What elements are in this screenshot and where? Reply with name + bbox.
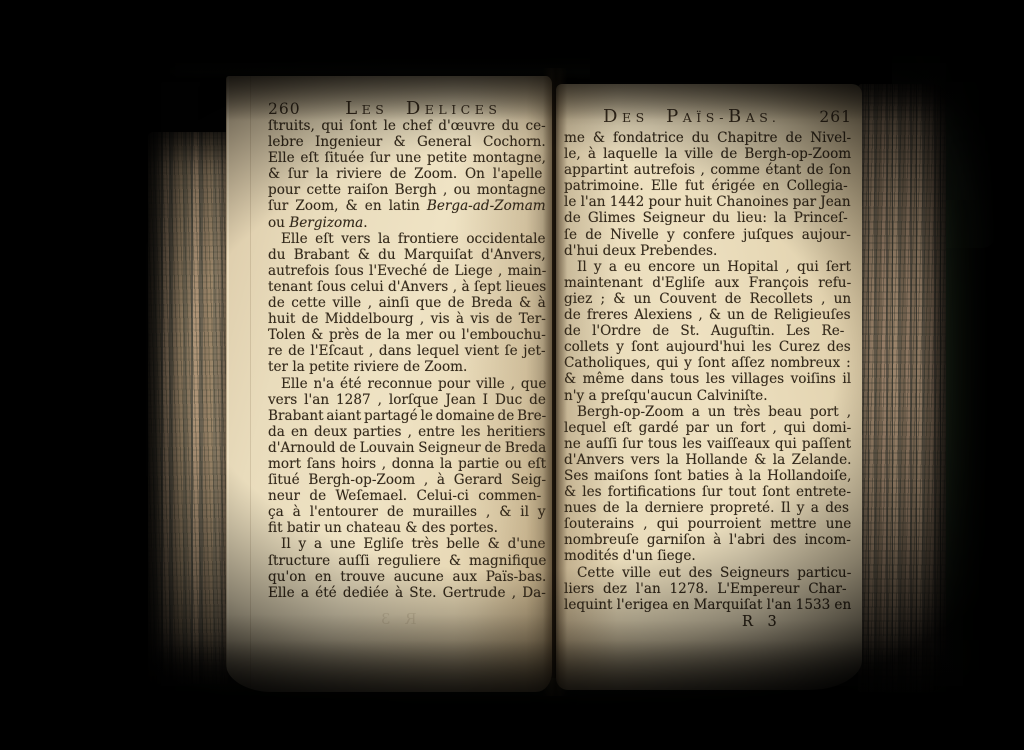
text-line: collets y ſont aujourd'hui les Curez des — [564, 339, 851, 355]
text-line: neur de Weſemael. Celui-ci commen- — [268, 488, 546, 504]
right-page-number: 261 — [819, 108, 852, 126]
left-page: 260 LES DELICES ſtruits, qui ſont le che… — [226, 76, 552, 692]
right-running-title: DES PAÏS-BAS. — [564, 106, 819, 127]
text-line: & même dans tous les villages voiſins il — [564, 371, 851, 387]
text-line: du Brabant & du Marquiſat d'Anvers, — [268, 247, 546, 263]
text-line: ſur Zoom, & en latin Berga-ad-Zomam — [268, 198, 546, 214]
book-gutter-shadow — [543, 68, 567, 696]
text-line: ſtruits, qui ſont le chef d'œuvre du ce- — [268, 118, 546, 134]
text-line: fit batir un chateau & des portes. — [268, 520, 546, 536]
text-line: Ses maiſons ſont baties à la Hollandoiſe… — [564, 468, 851, 484]
text-line: appartint autrefois , comme étant de ſon — [564, 162, 851, 178]
text-line: de l'Ordre de St. Auguſtin. Les Re- — [564, 323, 851, 339]
show-through-ghost-mark: R 3 — [376, 610, 417, 628]
left-page-number: 260 — [268, 100, 301, 118]
text-line: huit de Middelbourg , vis à vis de Ter- — [268, 311, 546, 327]
fore-edge-right-page-stack — [858, 84, 946, 692]
text-line: n'y a preſqu'aucun Calviniſte. — [564, 388, 851, 404]
text-line: le l'an 1442 pour huit Chanoines par Jea… — [564, 194, 851, 210]
text-line: d'Anvers vers la Hollande & la Zelande. — [564, 452, 851, 468]
right-page: DES PAÏS-BAS. 261 me & fondatrice du Cha… — [556, 84, 862, 690]
text-line: maintenant d'Egliſe aux François refu- — [564, 275, 851, 291]
text-line: Il y a une Egliſe très belle & d'une — [268, 536, 546, 552]
text-line: nues de la derniere propreté. Il y a des — [564, 500, 851, 516]
text-line: pour cette raiſon Bergh , ou montagne — [268, 182, 546, 198]
text-line: & les fortifications ſur tout ſont entre… — [564, 484, 851, 500]
text-line: ou Bergizoma. — [268, 215, 546, 231]
text-line: de Glimes Seigneur du lieu: la Princeſ- — [564, 210, 851, 226]
text-line: me & fondatrice du Chapitre de Nivel- — [564, 130, 851, 146]
text-line: lebre Ingenieur & General Cochorn. — [268, 134, 546, 150]
text-line: mort ſans hoirs , donna la partie ou eſt — [268, 456, 546, 472]
text-line: patrimoine. Elle fut érigée en Collegia- — [564, 178, 851, 194]
text-line: Elle n'a été reconnue pour ville , que — [268, 376, 546, 392]
text-line: Brabant aiant partagé le domaine de Bre- — [268, 408, 546, 424]
text-line: nombreuſe garniſon à l'abri des incom- — [564, 532, 851, 548]
text-line: tenant ſous celui d'Anvers , à ſept lieu… — [268, 279, 546, 295]
left-page-header: 260 LES DELICES — [268, 98, 546, 119]
text-line: liers dez l'an 1278. L'Empereur Char- — [564, 581, 851, 597]
text-line: ſtructure auſſi reguliere & magnifique — [268, 553, 546, 569]
text-line: d'hui deux Prebendes. — [564, 243, 851, 259]
text-line: Tolen & près de la mer ou l'embouchu- — [268, 327, 546, 343]
text-line: modités d'un ſiege. — [564, 548, 851, 564]
text-line: Bergh-op-Zoom a un très beau port , — [564, 404, 851, 420]
right-page-header: DES PAÏS-BAS. 261 — [564, 106, 852, 127]
text-line: autrefois ſous l'Eveché de Liege , main- — [268, 263, 546, 279]
text-line: ne auſſi ſur tous les vaiſſeaux qui paſſ… — [564, 436, 851, 452]
text-line: ſitué Bergh-op-Zoom , à Gerard Seig- — [268, 472, 546, 488]
text-line: le, à laquelle la ville de Bergh-op-Zoom — [564, 146, 851, 162]
text-line: ſouterains , qui pourroient mettre une — [564, 516, 851, 532]
text-line: Il y a eu encore un Hopital , qui ſert — [564, 259, 851, 275]
text-line: vers l'an 1287 , lorſque Jean I Duc de — [268, 392, 546, 408]
left-page-text-column: ſtruits, qui ſont le chef d'œuvre du ce-… — [268, 118, 546, 601]
right-page-text-column: me & fondatrice du Chapitre de Nivel-le,… — [564, 130, 851, 630]
signature-mark: R 3 — [564, 614, 851, 630]
text-line: da en deux parties , entre les heritiers — [268, 424, 546, 440]
text-line: lequel eſt gardé par un fort , qui domi- — [564, 420, 851, 436]
book-photo: 260 LES DELICES ſtruits, qui ſont le che… — [0, 0, 1024, 750]
fore-edge-left-page-stack — [148, 132, 232, 684]
text-line: Cette ville eut des Seigneurs particu- — [564, 565, 851, 581]
text-line: Elle eſt vers la frontiere occidentale — [268, 231, 546, 247]
text-line: giez ; & un Couvent de Recollets , un — [564, 291, 851, 307]
text-line: ter la petite riviere de Zoom. — [268, 359, 546, 375]
text-line: ſe de Nivelle y confere juſques aujour- — [564, 227, 851, 243]
text-line: ça à l'entourer de murailles , & il y — [268, 504, 546, 520]
text-line: lequint l'erigea en Marquiſat l'an 1533 … — [564, 597, 851, 613]
text-line: de freres Alexiens , & un de Religieuſes — [564, 307, 851, 323]
text-line: re de l'Eſcaut , dans lequel vient ſe je… — [268, 343, 546, 359]
text-line: Elle a été dediée à Ste. Gertrude , Da- — [268, 585, 546, 601]
text-line: Catholiques, qui y ſont aſſez nombreux : — [564, 355, 851, 371]
text-line: & ſur la riviere de Zoom. On l'apelle — [268, 166, 546, 182]
text-line: d'Arnould de Louvain Seigneur de Breda — [268, 440, 546, 456]
text-line: qu'on en trouve aucune aux Païs-bas. — [268, 569, 546, 585]
text-line: Elle eſt ſituée ſur une petite montagne, — [268, 150, 546, 166]
left-running-title: LES DELICES — [301, 98, 546, 119]
text-line: de cette ville , ainſi que de Breda & à — [268, 295, 546, 311]
